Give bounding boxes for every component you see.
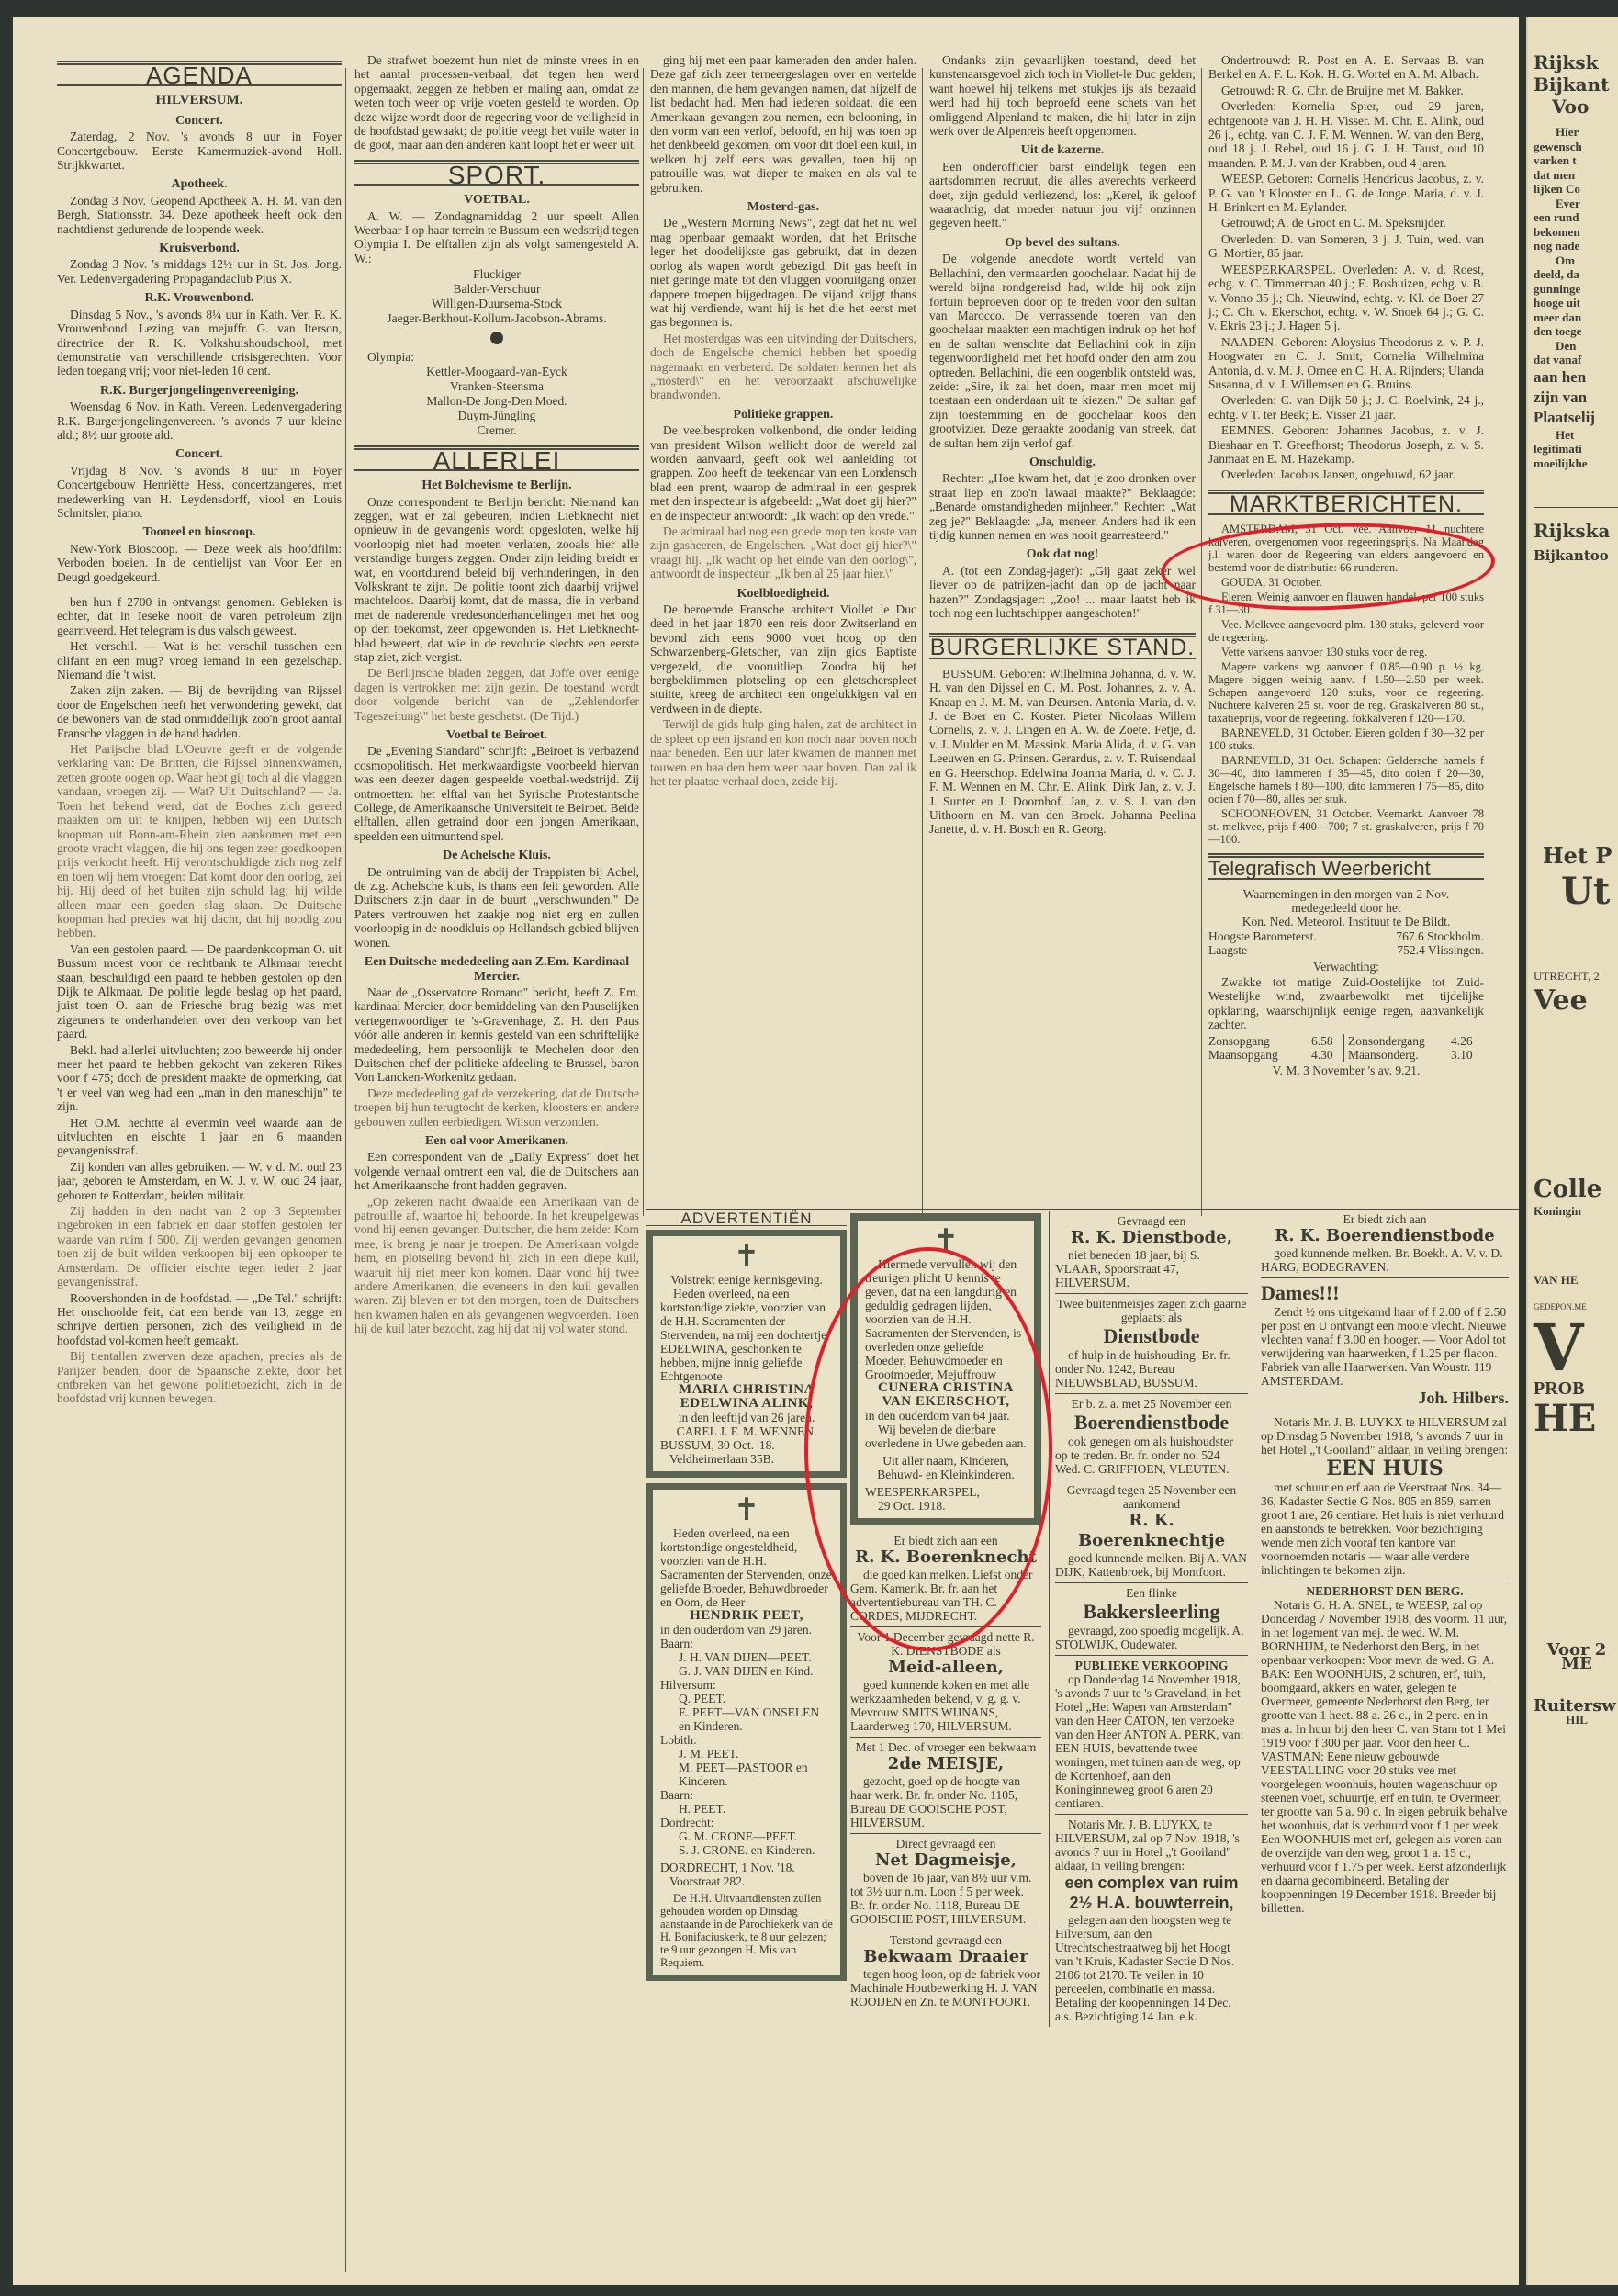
article-heading: Voetbal te Beiroet. bbox=[354, 728, 639, 742]
agenda-item-head: R.K. Burgerjongelingenvereeniging. bbox=[57, 384, 342, 398]
weather-line: medegedeeld door het bbox=[1208, 901, 1484, 915]
register-entry: Overleden: D. van Someren, 3 j. J. Tuin,… bbox=[1208, 232, 1484, 261]
obituary-place: DORDRECHT, 1 Nov. '18. bbox=[660, 1861, 833, 1874]
fragment: legitimati bbox=[1534, 442, 1618, 456]
article-heading: Een oal voor Amerikanen. bbox=[354, 1134, 639, 1148]
column-five: Ondertrouwd: R. Post en A. E. Servaas B.… bbox=[1208, 53, 1484, 1080]
ad-headline: R. K. Boerendienstbode bbox=[1261, 1226, 1509, 1246]
ad-text: goed kunnende koken en met alle werkzaam… bbox=[850, 1678, 1041, 1733]
allerlei-title: ALLERLEI bbox=[354, 445, 639, 471]
ad-pre: Twee buitenmeisjes zagen zich gaarne gep… bbox=[1055, 1297, 1248, 1324]
ad-pre: Een flinke bbox=[1055, 1586, 1248, 1600]
family-member: G. J. VAN DIJEN en Kind. bbox=[679, 1664, 833, 1678]
article-heading: Koelbloedigheid. bbox=[650, 587, 916, 601]
article-heading: Mosterd-gas. bbox=[650, 200, 916, 214]
ads-column-far-right: Er biedt zich aan R. K. Boerendienstbode… bbox=[1253, 1017, 1509, 1919]
deceased-name: MARIA CHRISTINA EDELWINA ALINK, bbox=[660, 1383, 833, 1411]
ad-text: boven de 16 jaar, van 8½ uur v.m. tot 3½… bbox=[850, 1871, 1041, 1926]
ad-headline: R. K. Dienstbode, bbox=[1055, 1228, 1248, 1248]
register-entry: Overleden: C. van Dijk 50 j.; J. C. Roel… bbox=[1208, 393, 1484, 422]
family-member: J. M. PEET. bbox=[679, 1747, 833, 1761]
register-entry: EEMNES. Geboren: Johannes Jacobus, z. v.… bbox=[1208, 423, 1484, 466]
classified-ad: Direct gevraagd een Net Dagmeisje, boven… bbox=[850, 1834, 1041, 1930]
ad-headline: Boerendienstbode bbox=[1055, 1411, 1248, 1435]
column-four: Ondanks zijn gevaarlijken toestand, deed… bbox=[929, 53, 1196, 838]
article-heading: Onschuldig. bbox=[929, 456, 1196, 469]
market-report: AMSTERDAM, 31 Oct. Vee. Aanvoer 11 nucht… bbox=[1208, 523, 1484, 574]
ad-text: gezocht, goed op de hoogte van haar werk… bbox=[850, 1774, 1041, 1829]
family-place: Hilversum: bbox=[660, 1678, 833, 1692]
agenda-item-text: New-York Bioscoop. — Deze week als hoofd… bbox=[57, 542, 342, 584]
sport-title: SPORT. bbox=[354, 160, 639, 186]
barometer-low-row: Laagste 752.4 Vlissingen. bbox=[1208, 943, 1484, 957]
article-text: De „Evening Standard" schrijft: „Beiroet… bbox=[354, 744, 639, 843]
obituary-date: 29 Oct. 1918. bbox=[878, 1499, 1027, 1513]
fragment: Hier bbox=[1534, 125, 1618, 140]
bussum-register: BUSSUM. Geboren: Wilhelmina Johanna, d. … bbox=[929, 667, 1196, 837]
article-text: Het verschil. — Wat is het verschil tuss… bbox=[57, 639, 342, 681]
fragment-heading: Vee bbox=[1534, 984, 1618, 1019]
agenda-item-text: Dinsdag 5 Nov., 's avonds 8¼ uur in Kath… bbox=[57, 308, 342, 378]
family-place: Baarn: bbox=[660, 1788, 833, 1802]
register-entry: WEESP. Geboren: Cornelis Hendricus Jacob… bbox=[1208, 172, 1484, 214]
ad-text: of hulp in de huishouding. Br. fr. onder… bbox=[1055, 1348, 1248, 1390]
barometer-low-label: Laagste bbox=[1208, 943, 1247, 957]
ad-pre: Er biedt zich aan bbox=[1261, 1212, 1509, 1226]
ad-text: Zendt ½ ons uitgekamd haar of f 2.00 of … bbox=[1261, 1305, 1509, 1388]
ad-headline: Meid-alleen, bbox=[850, 1658, 1041, 1678]
ad-headline: R. K. Boerenknechtje bbox=[1055, 1511, 1248, 1551]
ad-text: gelegen aan den hoogsten weg te Hilversu… bbox=[1055, 1913, 1248, 2023]
obituary-signed: Uit aller naam, Kinderen, Behuwd- en Kle… bbox=[865, 1454, 1027, 1481]
fragment-heading: Ut bbox=[1534, 870, 1618, 914]
fragment: een rund bbox=[1534, 210, 1618, 225]
family-place: Lobith: bbox=[660, 1733, 833, 1747]
fragment: Voo bbox=[1534, 96, 1618, 118]
football-icon bbox=[490, 332, 503, 344]
fragment: VAN HE bbox=[1534, 1273, 1618, 1288]
barometer-high-label: Hoogste Barometerst. bbox=[1208, 929, 1317, 943]
register-entry: Overleden: Kornelia Spier, oud 29 jaren,… bbox=[1208, 99, 1484, 170]
voetbal-heading: VOETBAL. bbox=[354, 193, 639, 207]
ad-pre: Met 1 Dec. of vroeger een bekwaam bbox=[850, 1740, 1041, 1754]
lineup-line: Balder-Verschuur bbox=[354, 282, 639, 297]
olympia-label: Olympia: bbox=[367, 350, 639, 364]
fragment: Bijkant bbox=[1534, 73, 1618, 96]
ad-headline: 2de MEISJE, bbox=[850, 1754, 1041, 1774]
fragment: Om bbox=[1534, 253, 1618, 268]
column-agenda: AGENDA HILVERSUM. Concert. Zaterdag, 2 N… bbox=[57, 53, 342, 1408]
advertisements-section: ADVERTENTIËN ✝ Volstrekt eenige kennisge… bbox=[646, 1209, 1519, 2275]
fragment: Ever bbox=[1534, 197, 1618, 211]
register-entry: NAADEN. Geboren: Aloysius Theodorus z. v… bbox=[1208, 335, 1484, 392]
article-text: De ontruiming van de abdij der Trappiste… bbox=[354, 865, 639, 950]
ad-headline: EEN HUIS bbox=[1261, 1457, 1509, 1480]
article-text: De volgende anecdote wordt verteld van B… bbox=[929, 252, 1196, 450]
ad-pre: Er biedt zich aan een bbox=[850, 1534, 1041, 1548]
deceased-age: in den ouderdom van 29 jaren. bbox=[660, 1623, 833, 1637]
classified-ad: Een flinke Bakkersleerling gevraagd, zoo… bbox=[1055, 1583, 1248, 1656]
ad-headline: een complex van ruim 2½ H.A. bouwterrein… bbox=[1055, 1873, 1248, 1913]
deceased-age: in den ouderdom van 64 jaar. bbox=[865, 1409, 1027, 1423]
obituary-prayer: Wij bevelen de dierbare overledene in Uw… bbox=[865, 1423, 1027, 1450]
article-text: Onze correspondent te Berlijn bericht: N… bbox=[354, 495, 639, 665]
fragment: Het bbox=[1534, 428, 1618, 443]
agenda-place: HILVERSUM. bbox=[57, 94, 342, 107]
fragment: varken t bbox=[1534, 153, 1618, 168]
lineup-line: Duym-Jüngling bbox=[354, 409, 639, 423]
newspaper-page: AGENDA HILVERSUM. Concert. Zaterdag, 2 N… bbox=[13, 17, 1519, 2285]
classified-ad: Terstond gevraagd een Bekwaam Draaier te… bbox=[850, 1930, 1041, 2012]
classified-ad: Gevraagd een R. K. Dienstbode, niet bene… bbox=[1055, 1211, 1248, 1294]
fragment: gunninge bbox=[1534, 282, 1618, 297]
ad-text: goed kunnende melken. Br. Boekh. A. V. v… bbox=[1261, 1246, 1509, 1274]
cross-icon: ✝ bbox=[660, 1242, 833, 1273]
classified-ad: Dames!!! Zendt ½ ons uitgekamd haar of f… bbox=[1261, 1278, 1509, 1412]
fragment: dat vanaf bbox=[1534, 353, 1618, 367]
big-letter-fragment: V bbox=[1534, 1314, 1618, 1382]
advertenties-title: ADVERTENTIËN bbox=[646, 1211, 847, 1226]
article-text: Een onderofficier barst eindelijk tegen … bbox=[929, 160, 1196, 231]
obituary-peet: ✝ Heden overleed, na een kortstondige on… bbox=[646, 1483, 847, 1981]
agenda-item-head: Apotheek. bbox=[57, 177, 342, 191]
register-entry: Getrouwd: R. G. Chr. de Bruijne met M. B… bbox=[1208, 84, 1484, 97]
article-text: De beroemde Fransche architect Viollet l… bbox=[650, 602, 916, 715]
classified-ad: Notaris Mr. J. B. LUYKX te HILVERSUM zal… bbox=[1261, 1412, 1509, 1581]
voetbal-text: A. W. — Zondagnamiddag 2 uur speelt Alle… bbox=[354, 209, 639, 266]
fragment-heading: Ruitersw bbox=[1534, 1699, 1618, 1714]
article-text: Bekl. had allerlei uitvluchten; zoo bewe… bbox=[57, 1043, 342, 1114]
obituary-text: Hiermede vervullen wij den treurigen pli… bbox=[865, 1257, 1027, 1381]
market-report: Eieren. Weinig aanvoer en flauwen handel… bbox=[1208, 591, 1484, 616]
article-text: De veelbesproken volkenbond, die onder l… bbox=[650, 423, 916, 523]
fragment: Den bbox=[1534, 339, 1618, 354]
fragment: gewensch bbox=[1534, 140, 1618, 154]
weather-line: Waarnemingen in den morgen van 2 Nov. bbox=[1208, 887, 1484, 901]
deceased-name: HENDRIK PEET, bbox=[660, 1609, 833, 1623]
ad-pre: Er b. z. a. met 25 November een bbox=[1055, 1397, 1248, 1411]
ad-text: die goed kan melken. Liefst onder Gem. K… bbox=[850, 1568, 1041, 1623]
fragment: lijken Co bbox=[1534, 182, 1618, 197]
family-member: M. PEET—PASTOOR en Kinderen. bbox=[679, 1761, 833, 1788]
ad-pre: Gevraagd tegen 25 November een aankomend bbox=[1055, 1483, 1248, 1511]
deceased-name: CUNERA CRISTINA VAN EKERSCHOT, bbox=[865, 1381, 1027, 1409]
ad-headline: Net Dagmeisje, bbox=[850, 1851, 1041, 1871]
marktberichten-title: MARKTBERICHTEN. bbox=[1208, 490, 1484, 515]
article-text: Ondanks zijn gevaarlijken toestand, deed… bbox=[929, 53, 1196, 138]
column-sport-allerlei: De strafwet boezemt hun niet de minste v… bbox=[354, 53, 639, 1338]
ad-pre: Voor 1 December gevraagd nette R. K. DIE… bbox=[850, 1630, 1041, 1658]
family-place: Dordrecht: bbox=[660, 1816, 833, 1829]
obituary-intro: Volstrekt eenige kennisgeving. bbox=[660, 1273, 833, 1287]
lineup-line: Kettler-Moogaard-van-Eyck bbox=[354, 365, 639, 379]
fragment: meer dan bbox=[1534, 310, 1618, 325]
column-rule bbox=[922, 68, 923, 1216]
fragment-heading: HE bbox=[1534, 1397, 1618, 1441]
lineup-line: Fluckiger bbox=[354, 267, 639, 282]
lineup-line: Willigen-Duursema-Stock bbox=[354, 297, 639, 311]
fragment: hooge uit bbox=[1534, 296, 1618, 310]
classified-ad: Notaris Mr. J. B. LUYKX, te HILVERSUM, z… bbox=[1055, 1815, 1248, 2027]
agenda-item-head: Concert. bbox=[57, 114, 342, 128]
family-member: J. H. VAN DIJEN—PEET. bbox=[679, 1650, 833, 1664]
fragment-heading: PROB bbox=[1534, 1382, 1618, 1397]
agenda-item-head: Kruisverbond. bbox=[57, 242, 342, 255]
obituary-ekerschot: ✝ Hiermede vervullen wij den treurigen p… bbox=[850, 1213, 1041, 1525]
ad-pre: Direct gevraagd een bbox=[850, 1837, 1041, 1851]
ad-headline: R. K. Boerenknecht bbox=[850, 1548, 1041, 1568]
article-text: Zij konden van alles gebruiken. — W. v d… bbox=[57, 1160, 342, 1202]
ad-pre: Notaris Mr. J. B. LUYKX te HILVERSUM zal… bbox=[1261, 1415, 1509, 1457]
agenda-item-head: Concert. bbox=[57, 447, 342, 461]
article-text: Van een gestolen paard. — De paardenkoop… bbox=[57, 942, 342, 1041]
fragment-heading: Rijkska bbox=[1534, 517, 1618, 545]
market-report: Magere varkens wg aanvoer f 0.85—0.90 p.… bbox=[1208, 660, 1484, 725]
fragment-heading: Colle bbox=[1534, 1175, 1618, 1204]
column-rule bbox=[643, 68, 644, 1216]
ad-signature: Joh. Hilbers. bbox=[1261, 1388, 1509, 1408]
ad-text: met schuur en erf aan de Veerstraat Nos.… bbox=[1261, 1480, 1509, 1577]
market-report: Vette varkens aanvoer 130 stuks voor de … bbox=[1208, 646, 1484, 658]
fragment: deeld, da bbox=[1534, 267, 1618, 282]
agenda-item-text: Zondag 3 Nov. 's middags 12½ uur in St. … bbox=[57, 257, 342, 286]
obituary-alink: ✝ Volstrekt eenige kennisgeving. Heden o… bbox=[646, 1230, 847, 1478]
ads-column-right: Gevraagd een R. K. Dienstbode, niet bene… bbox=[1049, 1211, 1248, 2027]
obituary-text: Heden overleed, na een kortstondige onge… bbox=[660, 1526, 833, 1609]
article-text: ben hun f 2700 in ontvangst genomen. Geb… bbox=[57, 595, 342, 637]
burgerlijke-stand-title: BURGERLIJKE STAND. bbox=[929, 633, 1196, 658]
column-rule bbox=[345, 68, 346, 2272]
article-heading: De Achelsche Kluis. bbox=[354, 849, 639, 862]
obituary-text: Heden overleed, na een kortstondige ziek… bbox=[660, 1287, 833, 1383]
article-text: Roovershonden in de hoofdstad. — „De Tel… bbox=[57, 1291, 342, 1348]
fragment: den toege bbox=[1534, 324, 1618, 339]
ad-text: op Donderdag 14 November 1918, 's avonds… bbox=[1055, 1672, 1248, 1810]
ad-headline: Bakkersleerling bbox=[1055, 1600, 1248, 1624]
obituary-footer: De H.H. Uitvaartdiensten zullen gehouden… bbox=[660, 1892, 833, 1969]
obituary-place: WEESPERKARSPEL, bbox=[865, 1485, 1027, 1499]
ad-headline: Dames!!! bbox=[1261, 1281, 1509, 1305]
ads-column-obituaries: ADVERTENTIËN ✝ Volstrekt eenige kennisge… bbox=[646, 1211, 847, 1986]
family-member: Q. PEET. bbox=[679, 1692, 833, 1705]
obituary-place: BUSSUM, 30 Oct. '18. bbox=[660, 1438, 833, 1452]
fragment-heading: Bijkantoo bbox=[1534, 545, 1618, 567]
barometer-low-value: 752.4 Vlissingen. bbox=[1397, 943, 1484, 957]
ad-text: gevraagd, zoo spoedig mogelijk. A. STOLW… bbox=[1055, 1624, 1248, 1651]
classified-ad: Er biedt zich aan een R. K. Boerenknecht… bbox=[850, 1531, 1041, 1627]
agenda-item-head: R.K. Vrouwenbond. bbox=[57, 291, 342, 305]
article-heading: Politieke grappen. bbox=[650, 408, 916, 422]
article-text: Naar de „Osservatore Romano" bericht, he… bbox=[354, 985, 639, 1085]
classified-ad: Er biedt zich aan R. K. Boerendienstbode… bbox=[1261, 1210, 1509, 1278]
adjacent-page-fragment: Rijksk Bijkant Voo Hier gewensch varken … bbox=[1526, 17, 1618, 2285]
lineup-line: Cremer. bbox=[354, 423, 639, 438]
lineup-line: Vranken-Steensma bbox=[354, 379, 639, 394]
lineup-line: Jaeger-Berkhout-Kollum-Jacobson-Abrams. bbox=[354, 311, 639, 326]
article-text: ging hij met een paar kameraden den ande… bbox=[650, 53, 916, 195]
classified-ad: PUBLIEKE VERKOOPING op Donderdag 14 Nove… bbox=[1055, 1656, 1248, 1815]
ad-headline: PUBLIEKE VERKOOPING bbox=[1055, 1659, 1248, 1672]
article-text: Zaken zijn zaken. — Bij de bevrijding va… bbox=[57, 683, 342, 740]
fragment: UTRECHT, 2 bbox=[1534, 969, 1618, 984]
barometer-high-value: 767.6 Stockholm. bbox=[1396, 929, 1484, 943]
forecast-label: Verwachting: bbox=[1208, 960, 1484, 974]
ad-text: tegen hoog loon, op de fabriek voor Mach… bbox=[850, 1967, 1041, 2009]
fragment: bekomen bbox=[1534, 225, 1618, 240]
market-report: GOUDA, 31 October. bbox=[1208, 576, 1484, 589]
article-heading: Uit de kazerne. bbox=[929, 143, 1196, 157]
agenda-item-text: Zaterdag, 2 Nov. 's avonds 8 uur in Foye… bbox=[57, 129, 342, 172]
ad-text: goed kunnende melken. Bij A. VAN DIJK, K… bbox=[1055, 1551, 1248, 1579]
family-member: E. PEET—VAN ONSELEN en Kinderen. bbox=[679, 1705, 833, 1733]
ads-column-middle: ✝ Hiermede vervullen wij den treurigen p… bbox=[850, 1211, 1041, 2012]
fragment: Plaatselij bbox=[1534, 408, 1618, 428]
article-text: De strafwet boezemt hun niet de minste v… bbox=[354, 53, 639, 152]
agenda-item-text: Zondag 3 Nov. Geopend Apotheek A. H. M. … bbox=[57, 194, 342, 236]
obituary-address: Veldheimerlaan 35B. bbox=[669, 1452, 833, 1466]
fragment: aan hen bbox=[1534, 367, 1618, 388]
fragment: Koningin bbox=[1534, 1204, 1618, 1219]
cross-icon: ✝ bbox=[865, 1226, 1027, 1257]
agenda-item-text: Woensdag 6 Nov. in Kath. Vereen. Ledenve… bbox=[57, 400, 342, 442]
cross-icon: ✝ bbox=[660, 1495, 833, 1526]
ad-headline: NEDERHORST DEN BERG. bbox=[1261, 1584, 1509, 1598]
weather-line: Kon. Ned. Meteorol. Instituut te De Bild… bbox=[1208, 915, 1484, 929]
register-entry: Ondertrouwd: R. Post en A. E. Servaas B.… bbox=[1208, 53, 1484, 82]
obituary-signed: CAREL J. F. M. WENNEN. bbox=[660, 1424, 833, 1438]
fragment-heading: Het P bbox=[1534, 842, 1618, 870]
register-entry-weesperkarspel: WEESPERKARSPEL. Overleden: A. v. d. Roes… bbox=[1208, 263, 1484, 333]
family-member: S. J. CRONE. en Kinderen. bbox=[679, 1843, 833, 1857]
market-report: BARNEVELD, 31 October. Eieren golden f 3… bbox=[1208, 726, 1484, 752]
deceased-age: in den leeftijd van 26 jaren. bbox=[660, 1411, 833, 1424]
article-heading: Een Duitsche mededeeling aan Z.Em. Kardi… bbox=[354, 955, 639, 984]
article-heading: Ook dat nog! bbox=[929, 547, 1196, 561]
market-report: BARNEVELD, 31 Oct. Schapen: Geldersche h… bbox=[1208, 754, 1484, 805]
market-report: SCHOONHOVEN, 31 October. Veemarkt. Aanvo… bbox=[1208, 807, 1484, 846]
barometer-high-row: Hoogste Barometerst. 767.6 Stockholm. bbox=[1208, 929, 1484, 943]
fragment: zijn van bbox=[1534, 388, 1618, 408]
ad-text: Notaris G. H. A. SNEL, te WEESP, zal op … bbox=[1261, 1598, 1509, 1915]
adjacent-page-text: Rijksk Bijkant Voo Hier gewensch varken … bbox=[1528, 17, 1618, 1728]
classified-ad: Twee buitenmeisjes zagen zich gaarne gep… bbox=[1055, 1294, 1248, 1394]
obituary-address: Voorstraat 282. bbox=[669, 1874, 833, 1888]
article-text: De „Western Morning News", zegt dat het … bbox=[650, 216, 916, 329]
family-member: H. PEET. bbox=[679, 1802, 833, 1816]
classified-ad: Met 1 Dec. of vroeger een bekwaam 2de ME… bbox=[850, 1738, 1041, 1834]
market-report: Vee. Melkvee aangevoerd plm. 130 stuks, … bbox=[1208, 618, 1484, 644]
article-text: Rechter: „Hoe kwam het, dat je zoo dronk… bbox=[929, 471, 1196, 542]
register-entry: Getrouwd; A. de Groot en C. M. Speksnijd… bbox=[1208, 216, 1484, 230]
fragment: moeilijkhe bbox=[1534, 456, 1618, 471]
fragment: nog nade bbox=[1534, 239, 1618, 253]
agenda-item-text: Vrijdag 8 Nov. 's avonds 8 uur in Foyer … bbox=[57, 464, 342, 521]
ad-text: ook genegen om als huishoudster op te tr… bbox=[1055, 1435, 1248, 1476]
article-heading: Op bevel des sultans. bbox=[929, 236, 1196, 250]
lineup-line: Mallon-De Jong-Den Moed. bbox=[354, 394, 639, 409]
family-place: Baarn: bbox=[660, 1637, 833, 1650]
ad-pre: Terstond gevraagd een bbox=[850, 1933, 1041, 1947]
column-rule bbox=[1201, 68, 1202, 1216]
article-text: Een correspondent van de „Daily Express"… bbox=[354, 1150, 639, 1192]
classified-ad: NEDERHORST DEN BERG. Notaris G. H. A. SN… bbox=[1261, 1581, 1509, 1919]
article-heading: Het Bolchevisme te Berlijn. bbox=[354, 478, 639, 492]
column-three: ging hij met een paar kameraden den ande… bbox=[650, 53, 916, 1210]
ad-text: niet beneden 18 jaar, bij S. VLAAR, Spoo… bbox=[1055, 1248, 1248, 1289]
weerbericht-title: Telegrafisch Weerbericht bbox=[1208, 853, 1484, 879]
ad-headline: Dienstbode bbox=[1055, 1324, 1248, 1348]
article-text: A. (tot een Zondag-jager): „Gij gaat zek… bbox=[929, 564, 1196, 621]
agenda-item-head: Tooneel en bioscoop. bbox=[57, 525, 342, 539]
ad-headline: Bekwaam Draaier bbox=[850, 1947, 1041, 1967]
register-entry: Overleden: Jacobus Jansen, ongehuwd, 62 … bbox=[1208, 467, 1484, 481]
classified-ad: Gevraagd tegen 25 November een aankomend… bbox=[1055, 1480, 1248, 1583]
ad-pre: Notaris Mr. J. B. LUYKX, te HILVERSUM, z… bbox=[1055, 1818, 1248, 1873]
agenda-title: AGENDA bbox=[57, 61, 342, 86]
classified-ad: Voor 1 December gevraagd nette R. K. DIE… bbox=[850, 1627, 1041, 1738]
article-text: Het O.M. hechtte al evenmin veel waarde … bbox=[57, 1116, 342, 1158]
classified-ad: Er b. z. a. met 25 November een Boerendi… bbox=[1055, 1394, 1248, 1480]
fragment: dat men bbox=[1534, 168, 1618, 183]
family-member: G. M. CRONE—PEET. bbox=[679, 1829, 833, 1843]
ad-pre: Gevraagd een bbox=[1055, 1214, 1248, 1228]
fragment: Rijksk bbox=[1534, 51, 1618, 73]
